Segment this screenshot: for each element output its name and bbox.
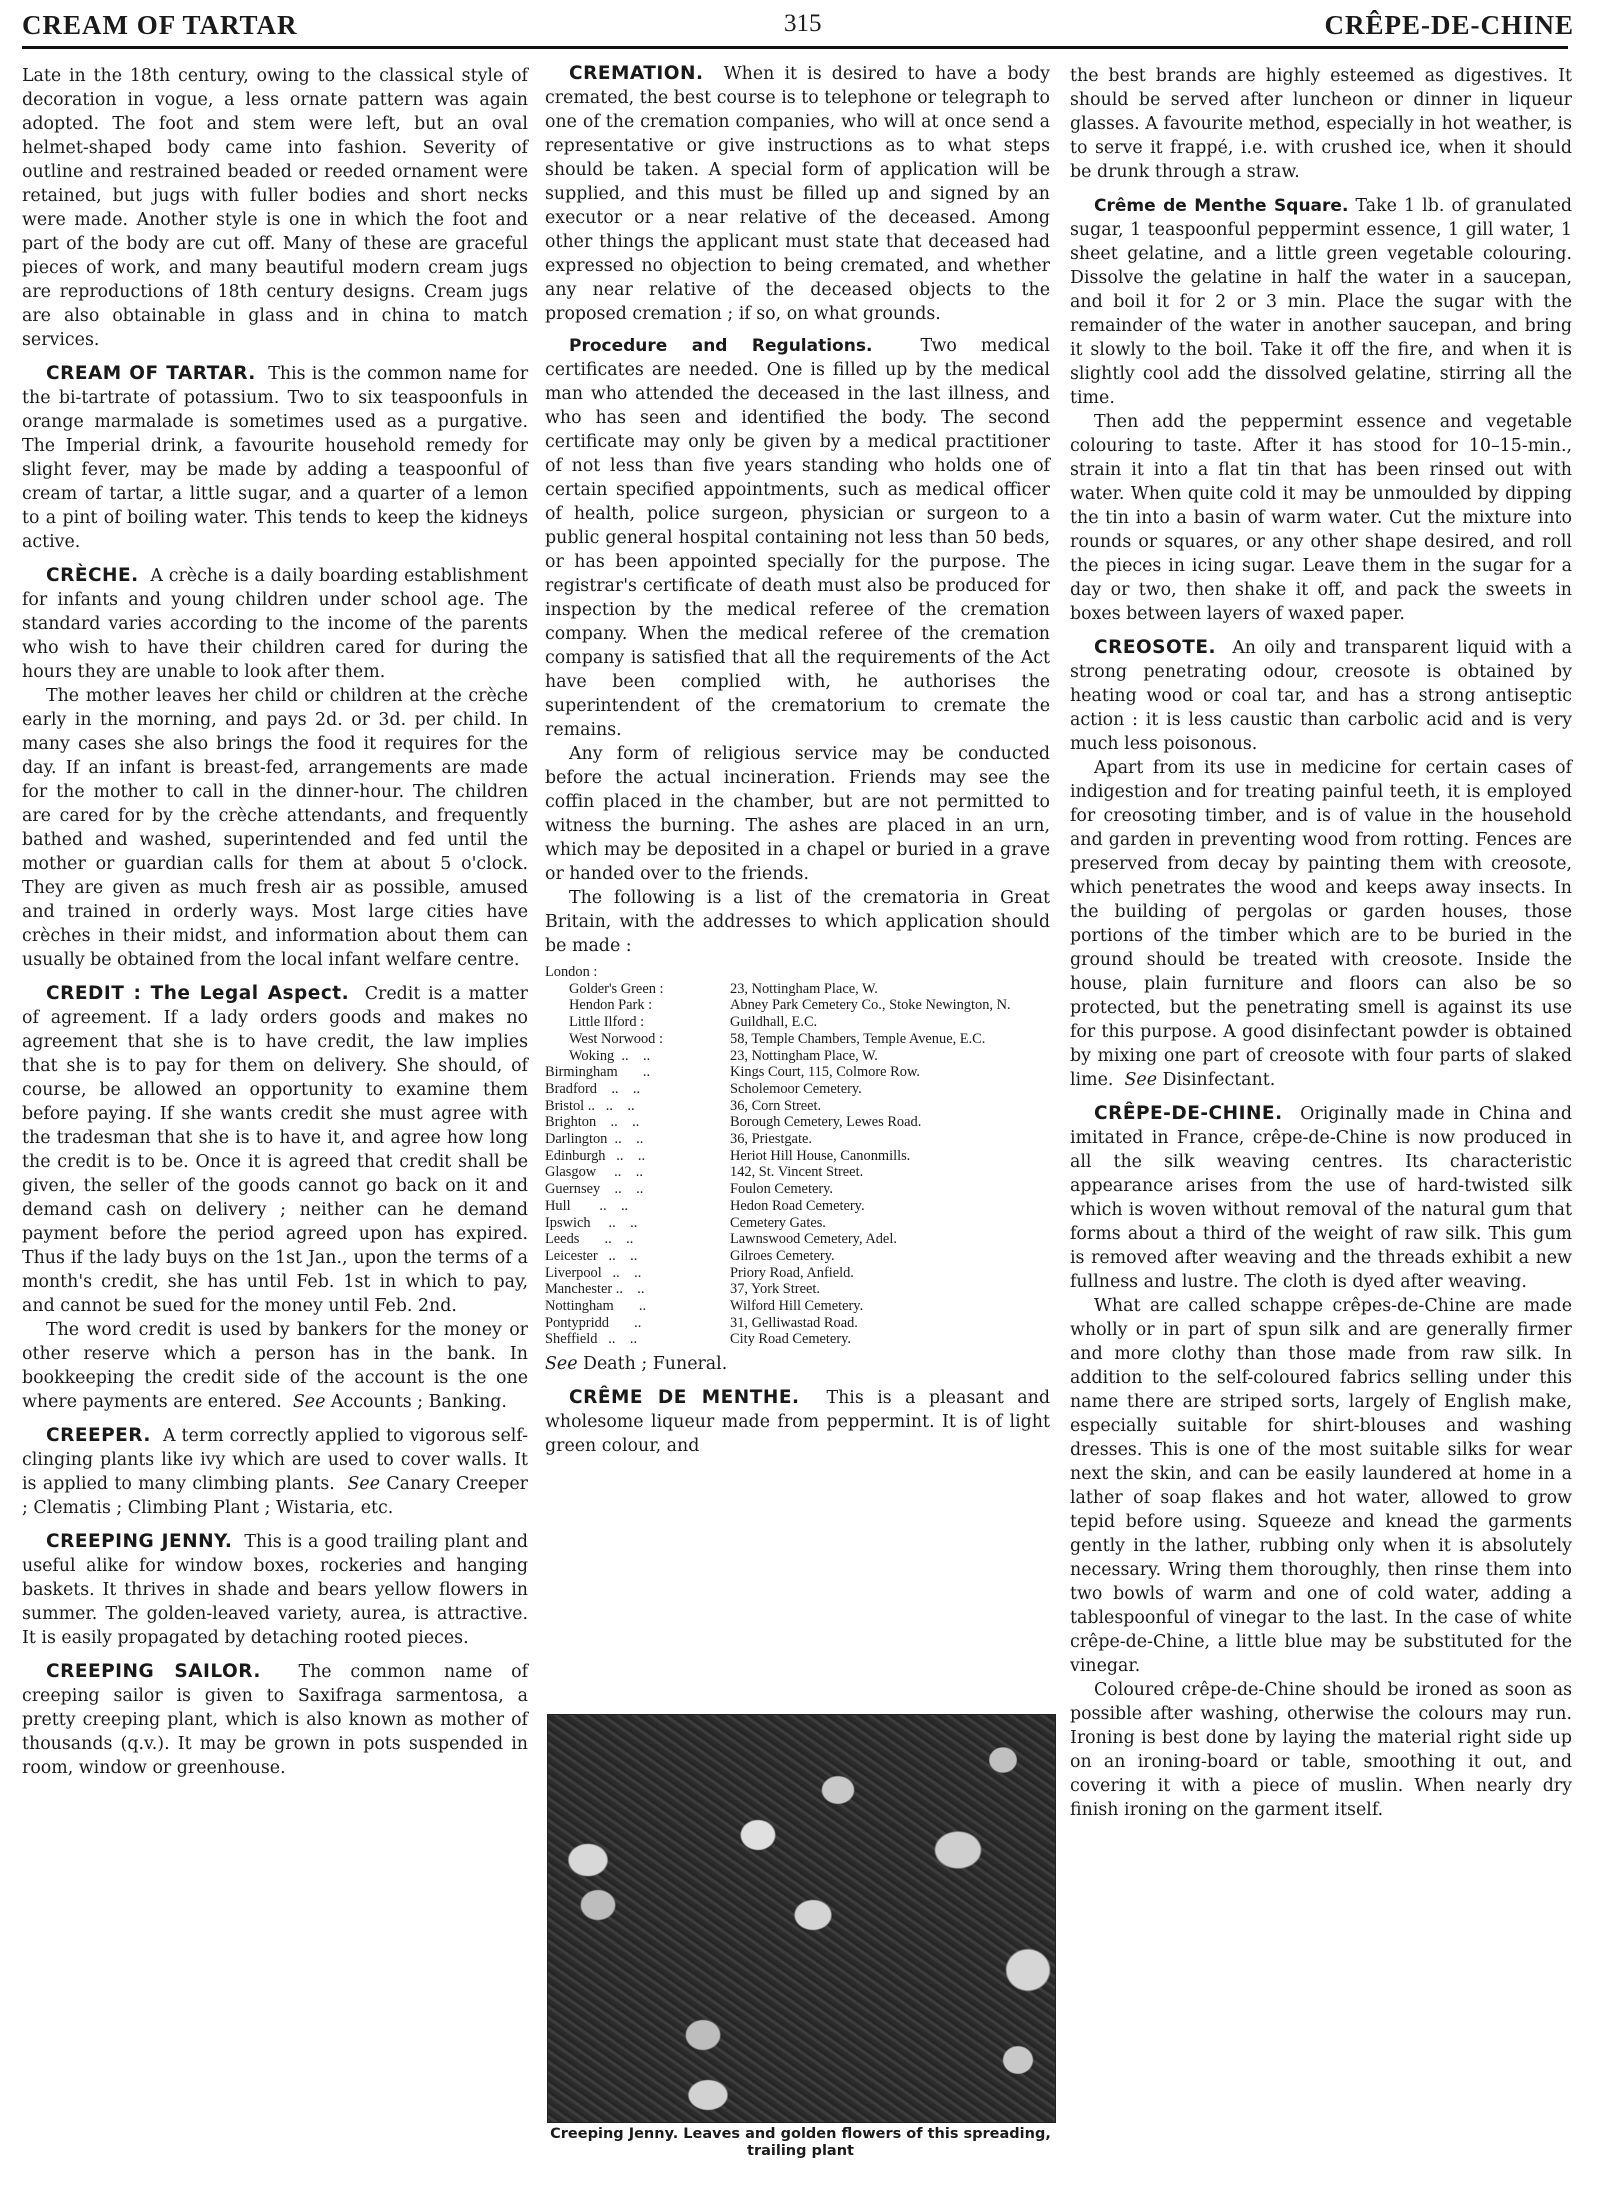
- crematorium-place: Bradford .. ..: [545, 1081, 730, 1098]
- subheading: Crême de Menthe Square.: [1094, 196, 1348, 216]
- crematorium-address: 58, Temple Chambers, Temple Avenue, E.C.: [730, 1031, 1050, 1048]
- entry-text: Originally made in China and imitated in…: [1070, 1104, 1572, 1292]
- crematorium-row: Liverpool .. ..Priory Road, Anfield.: [545, 1265, 1050, 1282]
- crematorium-place: Bristol .. .. ..: [545, 1098, 730, 1115]
- crematorium-row: Edinburgh .. ..Heriot Hill House, Canonm…: [545, 1148, 1050, 1165]
- crematorium-place: Golder's Green :: [545, 981, 730, 998]
- entry-creeper: CREEPER. A term correctly applied to vig…: [22, 1424, 528, 1520]
- entry-text: Credit is a matter of agreement. If a la…: [22, 984, 528, 1316]
- crematorium-row: Pontypridd ..31, Gelliwastad Road.: [545, 1315, 1050, 1332]
- cross-reference: Accounts ; Banking.: [331, 1392, 507, 1412]
- crematorium-address: Borough Cemetery, Lewes Road.: [730, 1114, 1050, 1131]
- subheading: Procedure and Regulations.: [569, 336, 872, 356]
- crematorium-place: Little Ilford :: [545, 1014, 730, 1031]
- see-label: See: [293, 1392, 326, 1412]
- entry-paragraph: Coloured crêpe-de-Chine should be ironed…: [1070, 1678, 1572, 1822]
- entry-creeping-jenny: CREEPING JENNY. This is a good trailing …: [22, 1530, 528, 1650]
- entry-cremation: CREMATION. When it is desired to have a …: [545, 62, 1050, 1376]
- crematorium-address: 23, Nottingham Place, W.: [730, 981, 1050, 998]
- entry-cream-of-tartar: CREAM OF TARTAR. This is the common name…: [22, 362, 528, 554]
- page-number: 315: [784, 10, 822, 38]
- right-guide-word: CRÊPE-DE-CHINE: [1324, 10, 1574, 41]
- crematorium-place: West Norwood :: [545, 1031, 730, 1048]
- crematorium-address: City Road Cemetery.: [730, 1331, 1050, 1348]
- entry-creche: CRÈCHE. A crèche is a daily boarding est…: [22, 564, 528, 972]
- entry-creme-de-menthe: CRÊME DE MENTHE. This is a pleasant and …: [545, 1386, 1050, 1458]
- entry-text: Take 1 lb. of granulated sugar, 1 teaspo…: [1070, 196, 1572, 408]
- crematorium-row: Glasgow .. ..142, St. Vincent Street.: [545, 1164, 1050, 1181]
- crematorium-row: West Norwood :58, Temple Chambers, Templ…: [545, 1031, 1050, 1048]
- crematorium-row: Little Ilford :Guildhall, E.C.: [545, 1014, 1050, 1031]
- crematoria-list: London :Golder's Green :23, Nottingham P…: [545, 964, 1050, 1348]
- cross-reference: Death ; Funeral.: [583, 1354, 727, 1374]
- crematorium-place: Birmingham ..: [545, 1064, 730, 1081]
- crematorium-place: London :: [545, 964, 730, 981]
- left-guide-word: CREAM OF TARTAR: [22, 10, 298, 41]
- column-3: the best brands are highly esteemed as d…: [1070, 64, 1572, 1822]
- headword: CREEPING JENNY.: [46, 1531, 232, 1552]
- crematorium-address: 142, St. Vincent Street.: [730, 1164, 1050, 1181]
- see-label: See: [1125, 1070, 1158, 1090]
- crematorium-address: Cemetery Gates.: [730, 1215, 1050, 1232]
- crematorium-address: Priory Road, Anfield.: [730, 1265, 1050, 1282]
- crematorium-address: Lawnswood Cemetery, Adel.: [730, 1231, 1050, 1248]
- creme-de-menthe-continuation: the best brands are highly esteemed as d…: [1070, 64, 1572, 184]
- crematorium-row: Hendon Park :Abney Park Cemetery Co., St…: [545, 997, 1050, 1014]
- crematorium-place: Glasgow .. ..: [545, 1164, 730, 1181]
- entry-paragraph: The mother leaves her child or children …: [22, 684, 528, 972]
- crematorium-row: Manchester .. ..37, York Street.: [545, 1281, 1050, 1298]
- entry-creme-de-menthe-square: Crême de Menthe Square. Take 1 lb. of gr…: [1070, 194, 1572, 626]
- crematorium-address: 23, Nottingham Place, W.: [730, 1048, 1050, 1065]
- crematorium-address: Hedon Road Cemetery.: [730, 1198, 1050, 1215]
- crematorium-row: London :: [545, 964, 1050, 981]
- crematorium-address: 37, York Street.: [730, 1281, 1050, 1298]
- headword: CREMATION.: [569, 63, 704, 84]
- see-label: See: [545, 1354, 578, 1374]
- crematorium-row: Bradford .. ..Scholemoor Cemetery.: [545, 1081, 1050, 1098]
- header-rule-center: [560, 46, 1060, 49]
- crematorium-place: Pontypridd ..: [545, 1315, 730, 1332]
- headword: CREAM OF TARTAR.: [46, 363, 256, 384]
- crematorium-address: Foulon Cemetery.: [730, 1181, 1050, 1198]
- crematorium-address: 31, Gelliwastad Road.: [730, 1315, 1050, 1332]
- crematorium-row: Ipswich .. ..Cemetery Gates.: [545, 1215, 1050, 1232]
- crematorium-row: Golder's Green :23, Nottingham Place, W.: [545, 981, 1050, 998]
- crematorium-place: Guernsey .. ..: [545, 1181, 730, 1198]
- crematorium-row: Nottingham ..Wilford Hill Cemetery.: [545, 1298, 1050, 1315]
- headword: CREDIT : The Legal Aspect.: [46, 983, 349, 1004]
- crematorium-place: Leicester .. ..: [545, 1248, 730, 1265]
- crematorium-row: Leicester .. ..Gilroes Cemetery.: [545, 1248, 1050, 1265]
- crematorium-place: Liverpool .. ..: [545, 1265, 730, 1282]
- see-label: See: [347, 1474, 380, 1494]
- headword: CREEPING SAILOR.: [46, 1661, 261, 1682]
- entry-credit: CREDIT : The Legal Aspect. Credit is a m…: [22, 982, 528, 1414]
- entry-text: When it is desired to have a body cremat…: [545, 64, 1050, 324]
- crematorium-row: Guernsey .. ..Foulon Cemetery.: [545, 1181, 1050, 1198]
- crematorium-address: Heriot Hill House, Canonmills.: [730, 1148, 1050, 1165]
- creeping-jenny-photo: [547, 1714, 1056, 2123]
- crematorium-row: Leeds .. ..Lawnswood Cemetery, Adel.: [545, 1231, 1050, 1248]
- entry-paragraph: What are called schappe crêpes-de-Chine …: [1070, 1294, 1572, 1678]
- crematorium-address: Wilford Hill Cemetery.: [730, 1298, 1050, 1315]
- crematorium-address: 36, Priestgate.: [730, 1131, 1050, 1148]
- crematorium-row: Birmingham ..Kings Court, 115, Colmore R…: [545, 1064, 1050, 1081]
- crematorium-address: 36, Corn Street.: [730, 1098, 1050, 1115]
- crematorium-address: Scholemoor Cemetery.: [730, 1081, 1050, 1098]
- crematorium-place: Sheffield .. ..: [545, 1331, 730, 1348]
- crematorium-row: Brighton .. ..Borough Cemetery, Lewes Ro…: [545, 1114, 1050, 1131]
- cream-jug-continuation: Late in the 18th century, owing to the c…: [22, 64, 528, 352]
- crematorium-place: Hendon Park :: [545, 997, 730, 1014]
- crematorium-address: [730, 964, 1050, 981]
- crematorium-place: Woking .. ..: [545, 1048, 730, 1065]
- crematorium-row: Darlington .. ..36, Priestgate.: [545, 1131, 1050, 1148]
- headword: CREOSOTE.: [1094, 637, 1216, 658]
- headword: CRÈCHE.: [46, 565, 139, 586]
- crematorium-address: Abney Park Cemetery Co., Stoke Newington…: [730, 997, 1050, 1014]
- crematorium-row: Woking .. ..23, Nottingham Place, W.: [545, 1048, 1050, 1065]
- crematorium-place: Edinburgh .. ..: [545, 1148, 730, 1165]
- entry-paragraph: Then add the peppermint essence and vege…: [1070, 410, 1572, 626]
- entry-crepe-de-chine: CRÊPE-DE-CHINE. Originally made in China…: [1070, 1102, 1572, 1822]
- crematorium-place: Leeds .. ..: [545, 1231, 730, 1248]
- headword: CRÊME DE MENTHE.: [569, 1387, 800, 1408]
- entry-paragraph: Any form of religious service may be con…: [545, 742, 1050, 886]
- crematorium-place: Darlington .. ..: [545, 1131, 730, 1148]
- headword: CRÊPE-DE-CHINE.: [1094, 1103, 1283, 1124]
- figure-caption: Creeping Jenny. Leaves and golden flower…: [547, 2126, 1054, 2160]
- entry-text: This is the common name for the bi-tartr…: [22, 364, 528, 552]
- header-rule-right: [1060, 46, 1568, 49]
- crematorium-place: Brighton .. ..: [545, 1114, 730, 1131]
- entry-paragraph: Apart from its use in medicine for certa…: [1070, 758, 1572, 1090]
- entry-text: Two medical certificates are needed. One…: [545, 336, 1050, 740]
- header-rule-left: [22, 46, 562, 49]
- entry-paragraph: The following is a list of the crematori…: [545, 886, 1050, 958]
- crematorium-row: Bristol .. .. ..36, Corn Street.: [545, 1098, 1050, 1115]
- crematorium-row: Hull .. ..Hedon Road Cemetery.: [545, 1198, 1050, 1215]
- crematorium-place: Nottingham ..: [545, 1298, 730, 1315]
- column-2: CREMATION. When it is desired to have a …: [545, 62, 1050, 1458]
- page-header: CREAM OF TARTAR 315 CRÊPE-DE-CHINE: [22, 0, 1600, 46]
- headword: CREEPER.: [46, 1425, 151, 1446]
- crematorium-place: Ipswich .. ..: [545, 1215, 730, 1232]
- entry-creosote: CREOSOTE. An oily and transparent liquid…: [1070, 636, 1572, 1092]
- crematorium-address: Kings Court, 115, Colmore Row.: [730, 1064, 1050, 1081]
- entry-creeping-sailor: CREEPING SAILOR. The common name of cree…: [22, 1660, 528, 1780]
- column-1: Late in the 18th century, owing to the c…: [22, 64, 528, 1780]
- cross-reference: Disinfectant.: [1163, 1070, 1276, 1090]
- crematorium-place: Hull .. ..: [545, 1198, 730, 1215]
- crematorium-address: Guildhall, E.C.: [730, 1014, 1050, 1031]
- crematorium-row: Sheffield .. ..City Road Cemetery.: [545, 1331, 1050, 1348]
- crematorium-address: Gilroes Cemetery.: [730, 1248, 1050, 1265]
- crematorium-place: Manchester .. ..: [545, 1281, 730, 1298]
